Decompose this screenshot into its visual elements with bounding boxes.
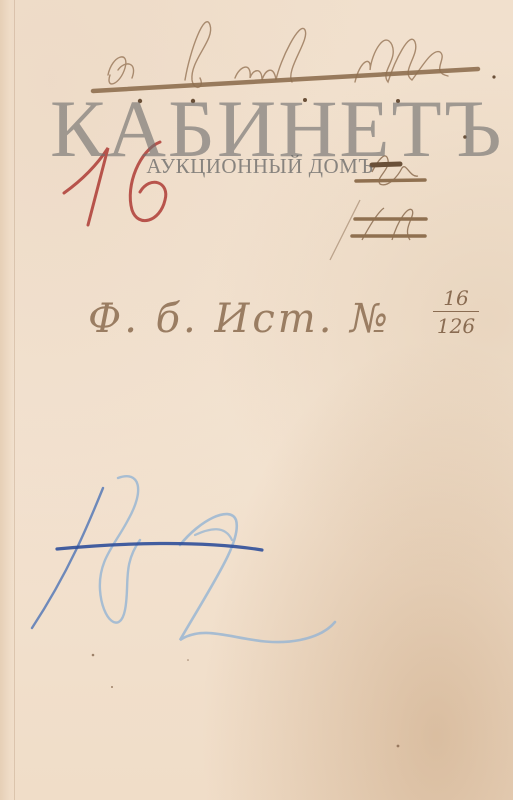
shelfmark-inscription: Ф. б. Ист. № [88,296,391,342]
fraction-denominator: 126 [433,312,479,336]
fraction-numerator: 16 [433,288,479,312]
manuscript-page: КАБИНЕТЪ АУКЦИОННЫЙ ДОМЪ Ф. б. Ист. № 16… [0,0,513,800]
blue-pencil-number [32,476,335,642]
watermark-subtitle: АУКЦИОННЫЙ ДОМЪ [90,156,430,177]
paper-specks [92,654,400,748]
top-inscription-script [108,22,448,88]
shelfmark-fraction: 16 126 [433,288,479,336]
